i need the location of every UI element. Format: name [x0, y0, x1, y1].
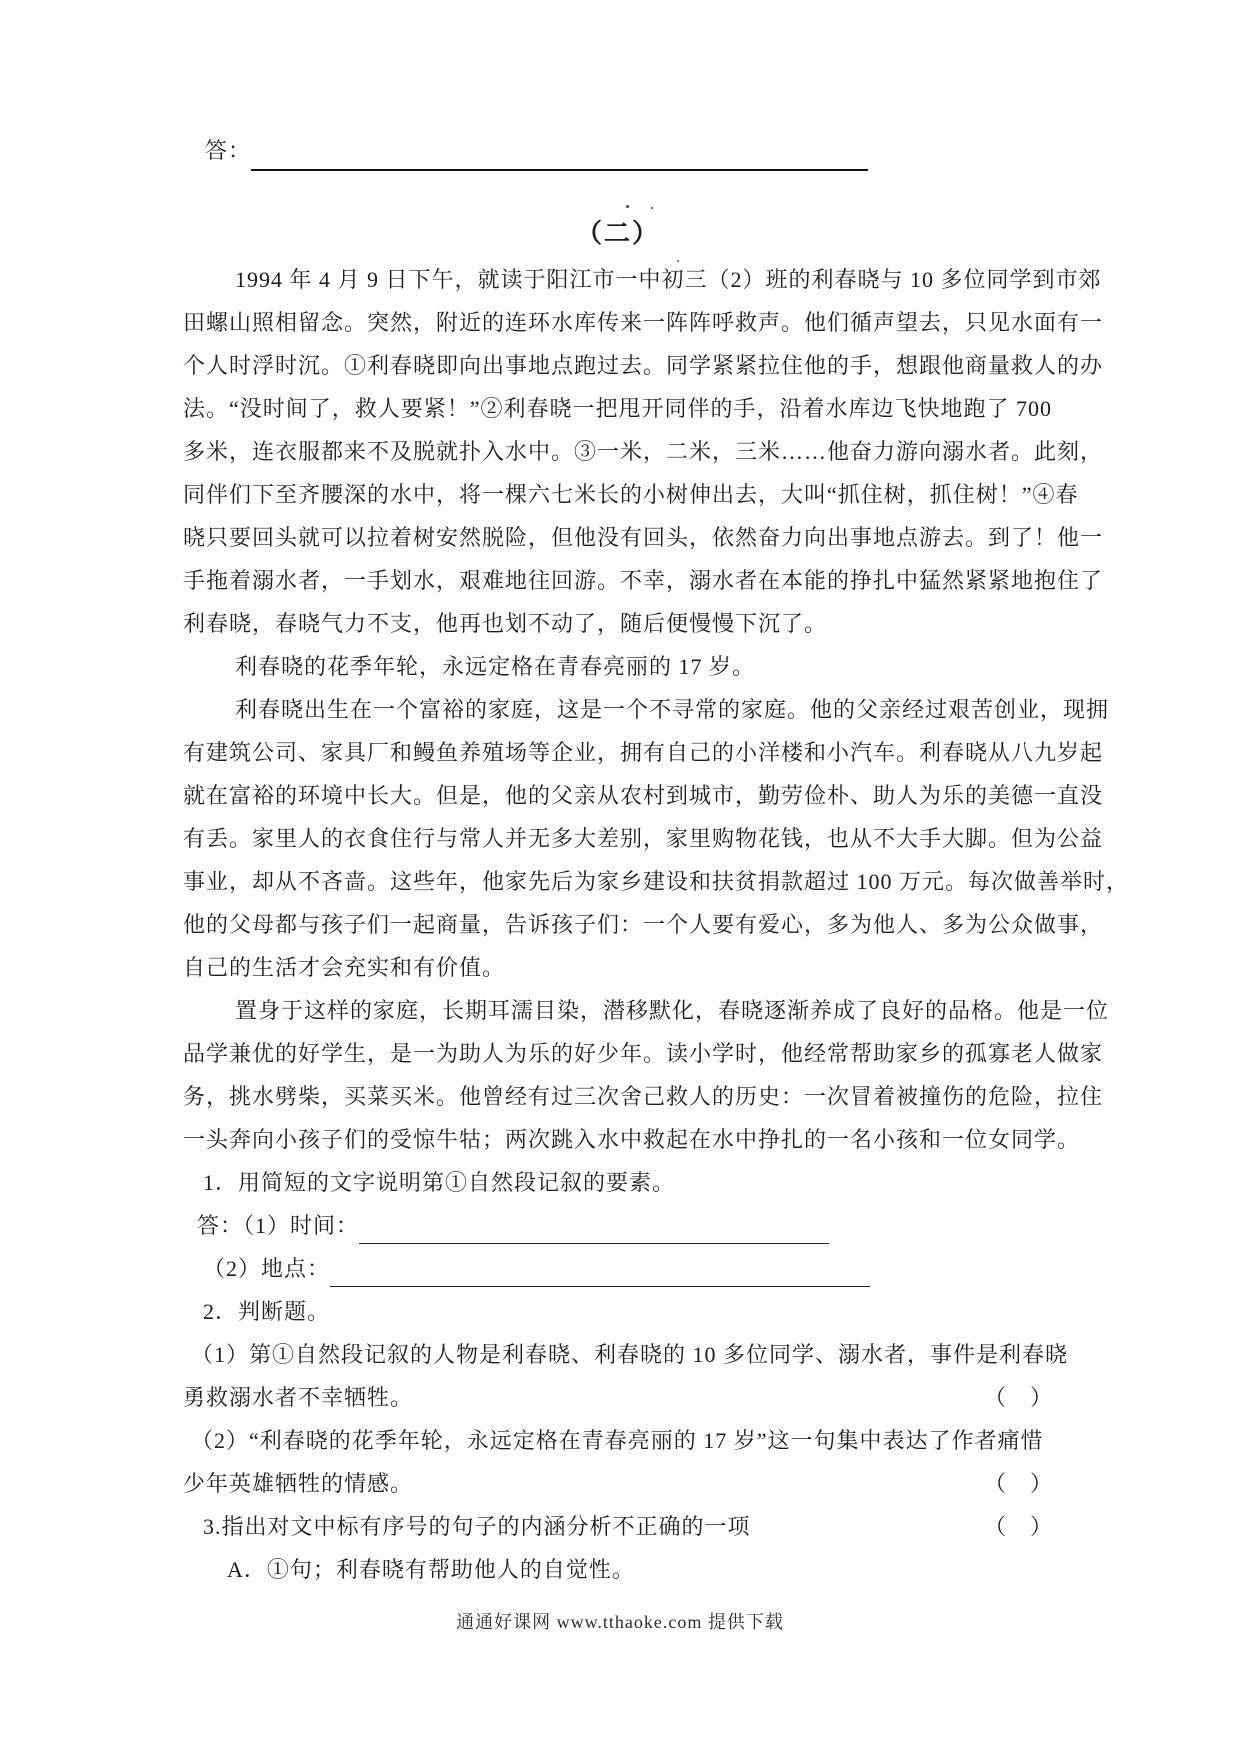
answer-label: 答：: [205, 134, 251, 165]
line-text: （1）第①自然段记叙的人物是利春晓、利春晓的 10 多位同学、溺水者，事件是利春…: [191, 1338, 1068, 1369]
line-text: 少年英雄牺牲的情感。: [183, 1467, 413, 1498]
text-line: 利春晓，春晓气力不支，他再也划不动了，随后便慢慢下沉了。: [183, 601, 1053, 644]
line-text: 有建筑公司、家具厂和鳗鱼养殖场等企业，拥有自己的小洋楼和小汽车。利春晓从八九岁起: [183, 736, 1103, 767]
text-line: 晓只要回头就可以拉着树安然脱险，但他没有回头，依然奋力向出事地点游去。到了！他一: [183, 515, 1053, 558]
text-line: 同伴们下至齐腰深的水中，将一棵六七米长的小树伸出去，大叫“抓住树，抓住树！”④春: [183, 472, 1053, 515]
text-column: 答： （二） 1994 年 4 月 9 日下午，就读于阳江市一中初三（2）班的利…: [183, 126, 1053, 1590]
line-text: 田螺山照相留念。突然，附近的连环水库传来一阵阵呼救声。他们循声望去，只见水面有一: [183, 306, 1103, 337]
line-text: 利春晓，春晓气力不支，他再也划不动了，随后便慢慢下沉了。: [183, 607, 827, 638]
line-text: 自己的生活才会充实和有价值。: [183, 951, 505, 982]
text-line: 3.指出对文中标有序号的句子的内涵分析不正确的一项 （ ）: [183, 1504, 1053, 1547]
line-text: 利春晓出生在一个富裕的家庭，这是一个不寻常的家庭。他的父亲经过艰苦创业，现拥: [235, 693, 1109, 724]
line-text: 勇救溺水者不幸牺牲。: [183, 1381, 413, 1412]
text-line: 务，挑水劈柴，买菜买米。他曾经有过三次舍己救人的历史：一次冒着被撞伤的危险，拉住: [183, 1074, 1053, 1117]
line-text: 务，挑水劈柴，买菜买米。他曾经有过三次舍己救人的历史：一次冒着被撞伤的危险，拉住: [183, 1080, 1103, 1111]
line-text: 1994 年 4 月 9 日下午，就读于阳江市一中初三（2）班的利春晓与 10 …: [235, 263, 1102, 294]
line-text: 置身于这样的家庭，长期耳濡目染，潜移默化，春晓逐渐养成了良好的品格。他是一位: [235, 994, 1109, 1025]
text-line: 法。“没时间了，救人要紧！”②利春晓一把甩开同伴的手，沿着水库边飞快地跑了 70…: [183, 386, 1053, 429]
line-text: 法。“没时间了，救人要紧！”②利春晓一把甩开同伴的手，沿着水库边飞快地跑了 70…: [183, 392, 1052, 423]
line-text: 品学兼优的好学生，是一为助人为乐的好少年。读小学时，他经常帮助家乡的孤寡老人做家: [183, 1037, 1103, 1068]
line-text: 有丢。家里人的衣食住行与常人并无多大差别，家里购物花钱，也从不大手大脚。但为公益: [183, 822, 1103, 853]
line-text: （2）地点：: [203, 1252, 330, 1283]
line-text: 1．用简短的文字说明第①自然段记叙的要素。: [203, 1166, 675, 1197]
fill-in-blank-line: [359, 1207, 829, 1244]
judgement-parentheses: （ ）: [984, 1381, 1053, 1412]
text-line: 他的父母都与孩子们一起商量，告诉孩子们：一个人要有爱心，多为他人、多为公众做事，: [183, 902, 1053, 945]
text-line: 事业，却从不吝啬。这些年，他家先后为家乡建设和扶贫捐款超过 100 万元。每次做…: [183, 859, 1053, 902]
line-text: 同伴们下至齐腰深的水中，将一棵六七米长的小树伸出去，大叫“抓住树，抓住树！”④春: [183, 478, 1079, 509]
line-text: 晓只要回头就可以拉着树安然脱险，但他没有回头，依然奋力向出事地点游去。到了！他一: [183, 521, 1103, 552]
text-line: 答：（1）时间：: [183, 1203, 1053, 1246]
line-text: （2）“利春晓的花季年轮，永远定格在青春亮丽的 17 岁”这一句集中表达了作者痛…: [191, 1424, 1044, 1455]
text-line: 2．判断题。: [183, 1289, 1053, 1332]
text-line: （2）地点：: [183, 1246, 1053, 1289]
text-line: 品学兼优的好学生，是一为助人为乐的好少年。读小学时，他经常帮助家乡的孤寡老人做家: [183, 1031, 1053, 1074]
line-text: 一头奔向小孩子们的受惊牛牯；两次跳入水中救起在水中挣扎的一名小孩和一位女同学。: [183, 1123, 1080, 1154]
line-text: 手拖着溺水者，一手划水，艰难地往回游。不幸，溺水者在本能的挣扎中猛然紧紧地抱住了: [183, 564, 1103, 595]
text-line: 个人时浮时沉。①利春晓即向出事地点跑过去。同学紧紧拉住他的手，想跟他商量救人的办: [183, 343, 1053, 386]
passage-lines: 1994 年 4 月 9 日下午，就读于阳江市一中初三（2）班的利春晓与 10 …: [183, 257, 1053, 1590]
text-line: 利春晓的花季年轮，永远定格在青春亮丽的 17 岁。: [183, 644, 1053, 687]
line-text: 事业，却从不吝啬。这些年，他家先后为家乡建设和扶贫捐款超过 100 万元。每次做…: [183, 865, 1129, 896]
fill-in-blank-line: [330, 1250, 870, 1287]
text-line: 就在富裕的环境中长大。但是，他的父亲从农村到城市，勤劳俭朴、助人为乐的美德一直没: [183, 773, 1053, 816]
line-text: A．①句；利春晓有帮助他人的自觉性。: [227, 1553, 635, 1584]
answer-blank-line: [251, 131, 868, 171]
section-title: （二）: [183, 209, 1053, 253]
judgement-parentheses: （ ）: [984, 1510, 1053, 1541]
line-text: 2．判断题。: [203, 1295, 330, 1326]
text-line: 自己的生活才会充实和有价值。: [183, 945, 1053, 988]
text-line: 有建筑公司、家具厂和鳗鱼养殖场等企业，拥有自己的小洋楼和小汽车。利春晓从八九岁起: [183, 730, 1053, 773]
text-line: 勇救溺水者不幸牺牲。 （ ）: [183, 1375, 1053, 1418]
judgement-parentheses: （ ）: [984, 1467, 1053, 1498]
text-line: 利春晓出生在一个富裕的家庭，这是一个不寻常的家庭。他的父亲经过艰苦创业，现拥: [183, 687, 1053, 730]
text-line: 有丢。家里人的衣食住行与常人并无多大差别，家里购物花钱，也从不大手大脚。但为公益: [183, 816, 1053, 859]
line-text: 利春晓的花季年轮，永远定格在青春亮丽的 17 岁。: [235, 650, 755, 681]
top-answer-row: 答：: [183, 126, 1053, 172]
text-line: 少年英雄牺牲的情感。 （ ）: [183, 1461, 1053, 1504]
text-line: 多米，连衣服都来不及脱就扑入水中。③一米，二米，三米……他奋力游向溺水者。此刻，: [183, 429, 1053, 472]
footer-credit: 通通好课网 www.tthaoke.com 提供下载: [0, 1608, 1240, 1634]
text-line: （1）第①自然段记叙的人物是利春晓、利春晓的 10 多位同学、溺水者，事件是利春…: [183, 1332, 1053, 1375]
text-line: （2）“利春晓的花季年轮，永远定格在青春亮丽的 17 岁”这一句集中表达了作者痛…: [183, 1418, 1053, 1461]
line-text: 个人时浮时沉。①利春晓即向出事地点跑过去。同学紧紧拉住他的手，想跟他商量救人的办: [183, 349, 1103, 380]
text-line: A．①句；利春晓有帮助他人的自觉性。: [183, 1547, 1053, 1590]
text-line: 田螺山照相留念。突然，附近的连环水库传来一阵阵呼救声。他们循声望去，只见水面有一: [183, 300, 1053, 343]
line-text: 就在富裕的环境中长大。但是，他的父亲从农村到城市，勤劳俭朴、助人为乐的美德一直没: [183, 779, 1103, 810]
line-text: 多米，连衣服都来不及脱就扑入水中。③一米，二米，三米……他奋力游向溺水者。此刻，: [183, 435, 1103, 466]
text-line: 手拖着溺水者，一手划水，艰难地往回游。不幸，溺水者在本能的挣扎中猛然紧紧地抱住了: [183, 558, 1053, 601]
document-page: 答： （二） 1994 年 4 月 9 日下午，就读于阳江市一中初三（2）班的利…: [0, 0, 1240, 1754]
line-text: 答：（1）时间：: [197, 1209, 359, 1240]
text-line: 置身于这样的家庭，长期耳濡目染，潜移默化，春晓逐渐养成了良好的品格。他是一位: [183, 988, 1053, 1031]
text-line: 1994 年 4 月 9 日下午，就读于阳江市一中初三（2）班的利春晓与 10 …: [183, 257, 1053, 300]
line-text: 他的父母都与孩子们一起商量，告诉孩子们：一个人要有爱心，多为他人、多为公众做事，: [183, 908, 1103, 939]
text-line: 1．用简短的文字说明第①自然段记叙的要素。: [183, 1160, 1053, 1203]
line-text: 3.指出对文中标有序号的句子的内涵分析不正确的一项: [203, 1510, 751, 1541]
text-line: 一头奔向小孩子们的受惊牛牯；两次跳入水中救起在水中挣扎的一名小孩和一位女同学。: [183, 1117, 1053, 1160]
